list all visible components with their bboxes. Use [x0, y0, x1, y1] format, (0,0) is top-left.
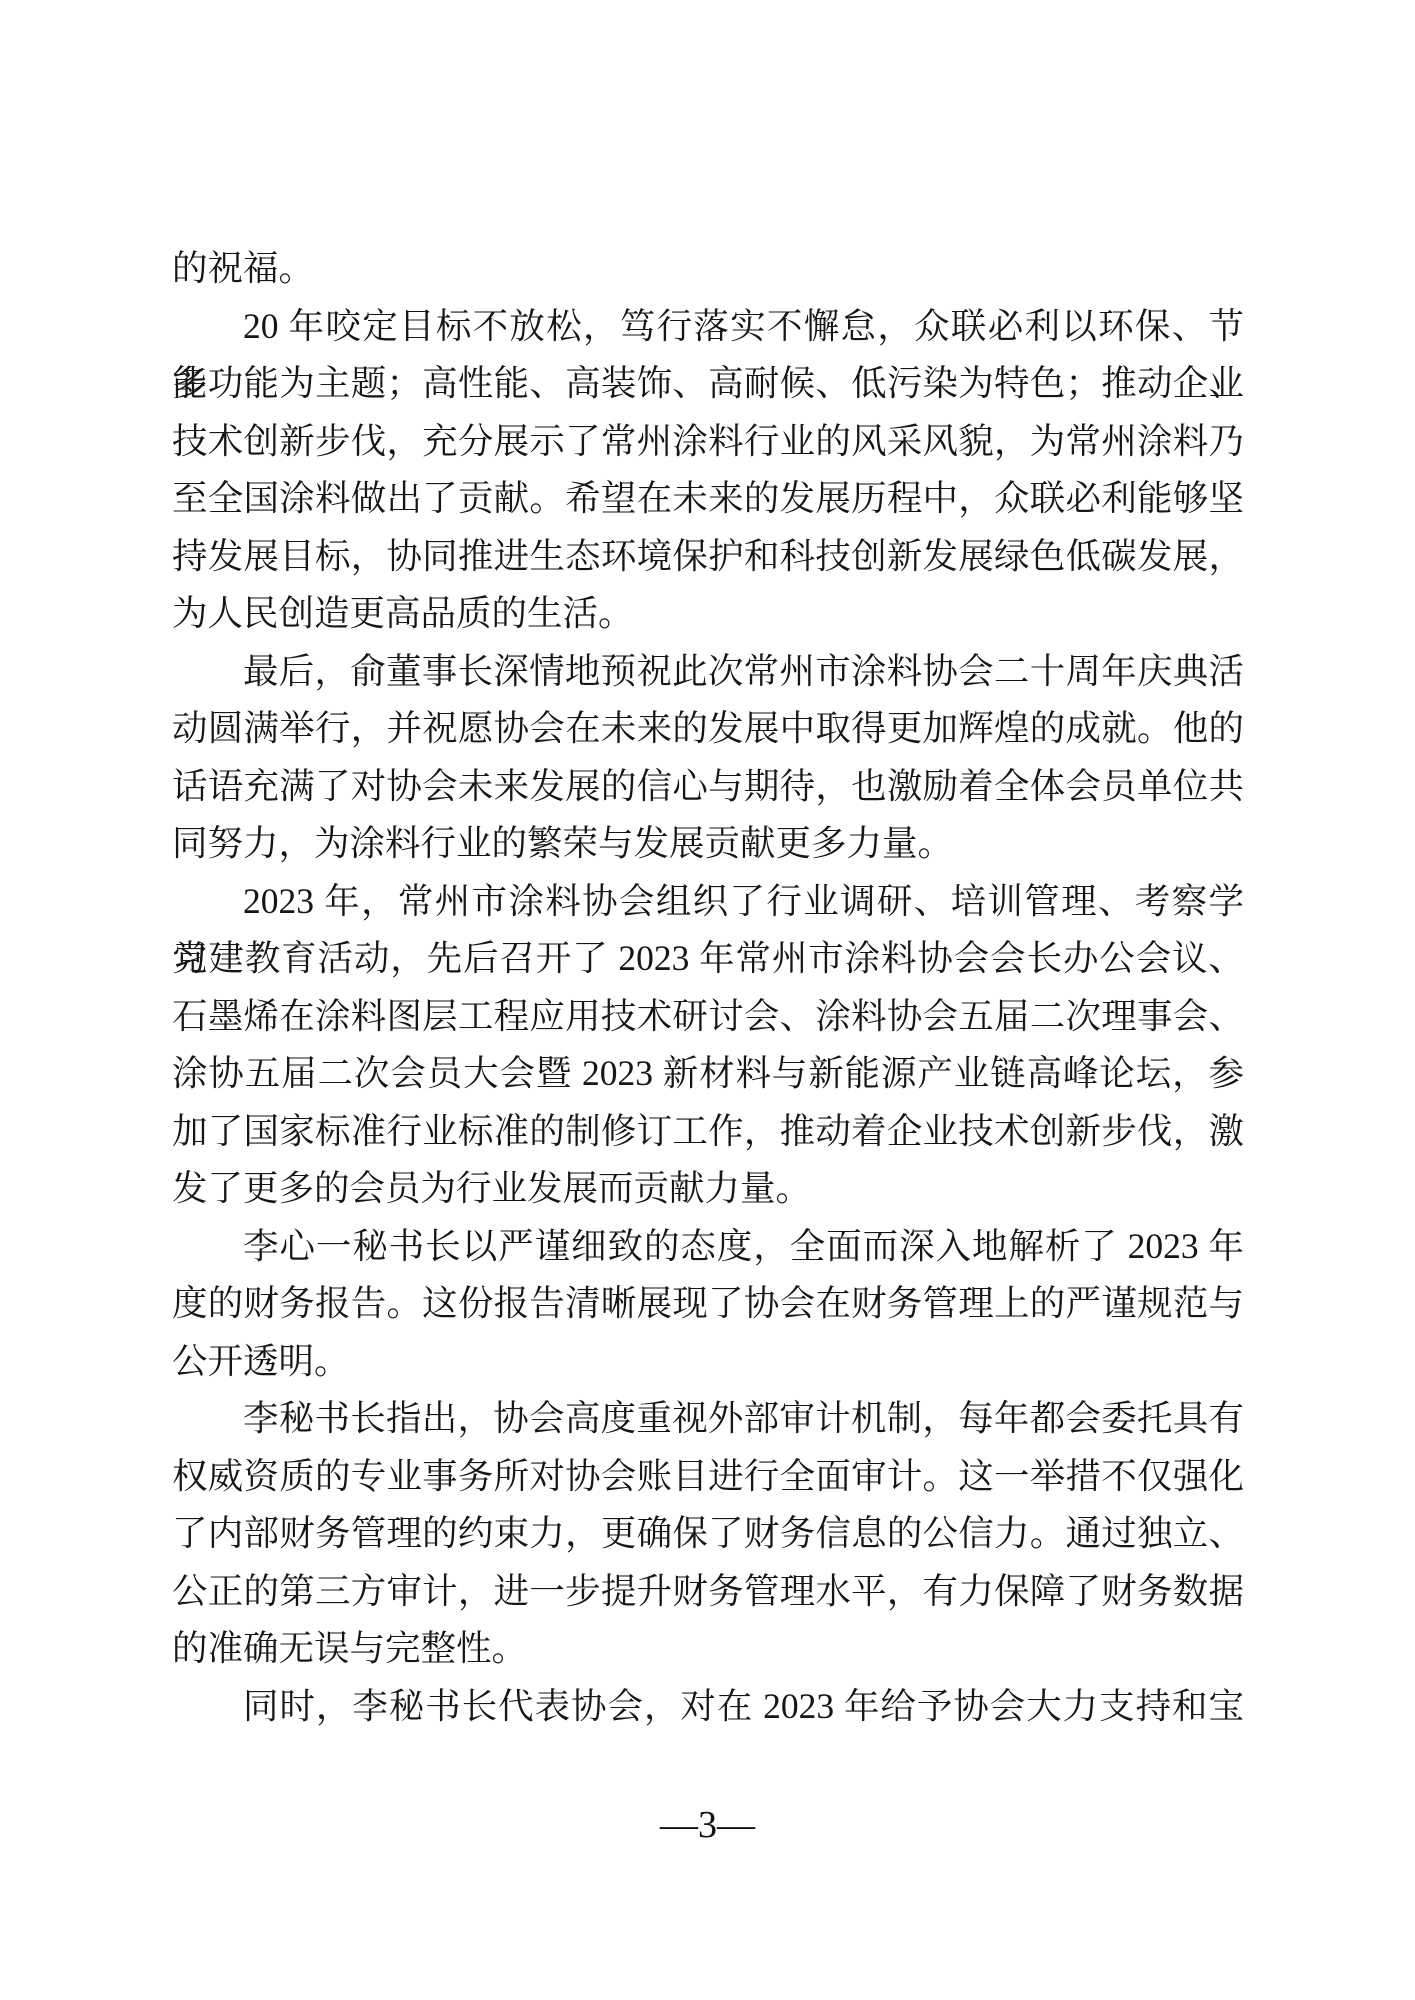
text-line: 同努力，为涂料行业的繁荣与发展贡献更多力量。: [172, 815, 1244, 873]
text-line: 的准确无误与完整性。: [172, 1620, 1244, 1678]
text-line: 动圆满举行，并祝愿协会在未来的发展中取得更加辉煌的成就。他的: [172, 700, 1244, 758]
text-line: 加了国家标准行业标准的制修订工作，推动着企业技术创新步伐，激: [172, 1103, 1244, 1161]
text-line: 李秘书长指出，协会高度重视外部审计机制，每年都会委托具有: [172, 1390, 1244, 1448]
text-line: 度的财务报告。这份报告清晰展现了协会在财务管理上的严谨规范与: [172, 1275, 1244, 1333]
text-line: 技术创新步伐，充分展示了常州涂料行业的风采风貌，为常州涂料乃: [172, 413, 1244, 471]
document-body: 的祝福。 20 年咬定目标不放松，笃行落实不懈怠，众联必利以环保、节能、 多功能…: [172, 240, 1244, 1735]
text-line: 的祝福。: [172, 240, 1244, 298]
text-line: 同时，李秘书长代表协会，对在 2023 年给予协会大力支持和宝: [172, 1678, 1244, 1736]
text-line: 持发展目标，协同推进生态环境保护和科技创新发展绿色低碳发展，: [172, 528, 1244, 586]
text-line: 石墨烯在涂料图层工程应用技术研讨会、涂料协会五届二次理事会、: [172, 988, 1244, 1046]
page-number: —3—: [0, 1803, 1415, 1847]
text-line: 话语充满了对协会未来发展的信心与期待，也激励着全体会员单位共: [172, 758, 1244, 816]
text-line: 至全国涂料做出了贡献。希望在未来的发展历程中，众联必利能够坚: [172, 470, 1244, 528]
text-line: 发了更多的会员为行业发展而贡献力量。: [172, 1160, 1244, 1218]
text-line: 多功能为主题；高性能、高装饰、高耐候、低污染为特色；推动企业: [172, 355, 1244, 413]
text-line: 党建教育活动，先后召开了 2023 年常州市涂料协会会长办公会议、: [172, 930, 1244, 988]
text-line: 最后，俞董事长深情地预祝此次常州市涂料协会二十周年庆典活: [172, 643, 1244, 701]
text-line: 2023 年，常州市涂料协会组织了行业调研、培训管理、考察学习、: [172, 873, 1244, 931]
text-line: 公正的第三方审计，进一步提升财务管理水平，有力保障了财务数据: [172, 1563, 1244, 1621]
text-line: 权威资质的专业事务所对协会账目进行全面审计。这一举措不仅强化: [172, 1448, 1244, 1506]
text-line: 20 年咬定目标不放松，笃行落实不懈怠，众联必利以环保、节能、: [172, 298, 1244, 356]
text-line: 了内部财务管理的约束力，更确保了财务信息的公信力。通过独立、: [172, 1505, 1244, 1563]
text-line: 为人民创造更高品质的生活。: [172, 585, 1244, 643]
text-line: 李心一秘书长以严谨细致的态度，全面而深入地解析了 2023 年: [172, 1218, 1244, 1276]
text-line: 涂协五届二次会员大会暨 2023 新材料与新能源产业链高峰论坛，参: [172, 1045, 1244, 1103]
text-line: 公开透明。: [172, 1333, 1244, 1391]
